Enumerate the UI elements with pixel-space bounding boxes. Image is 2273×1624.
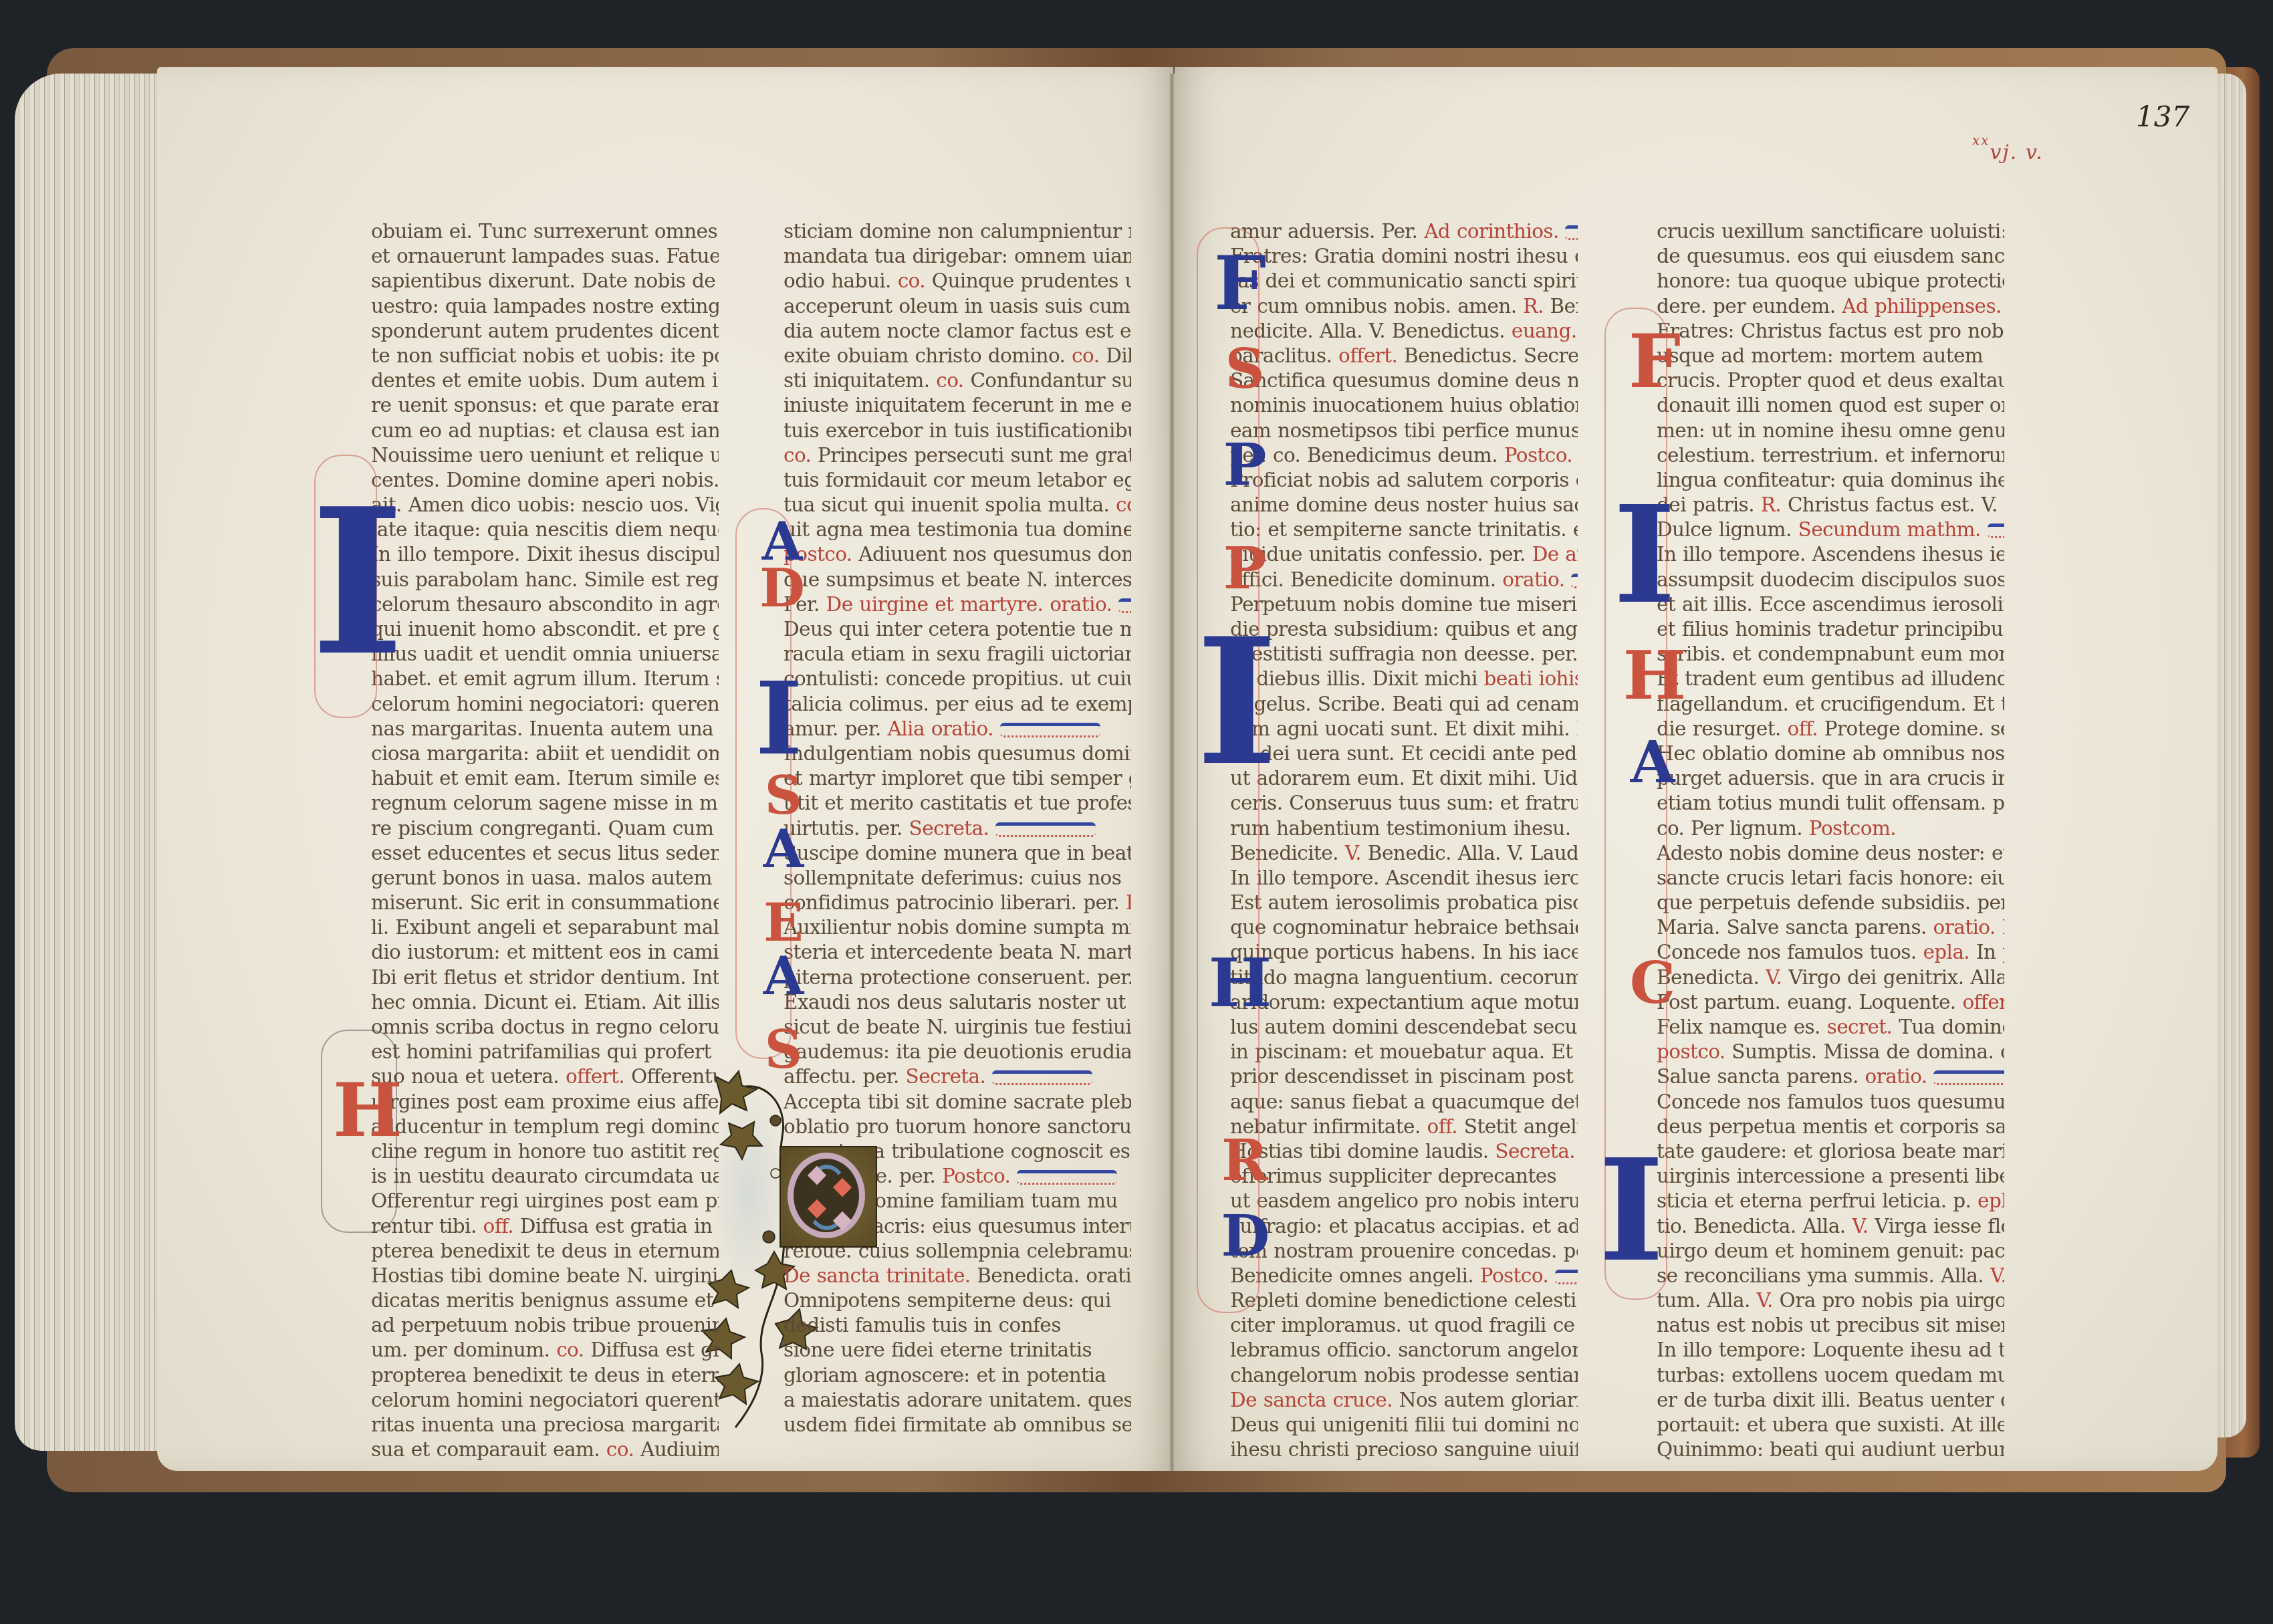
text-line: regnum celorum sagene misse in mare. et … <box>371 791 719 816</box>
text-line: Indulgentiam nobis quesumus domine beata… <box>784 741 1131 766</box>
text-line: dere. per eundem. Ad philippenses. <box>1657 294 2004 319</box>
text-line: suffragio: et placatus accipias. et ad s… <box>1230 1214 1578 1239</box>
text-line: tuis formidauit cor meum letabor ego sup… <box>784 468 1131 493</box>
text-line: pterea benedixit te deus in eternum et i… <box>371 1239 719 1264</box>
text-line: gloriam agnoscere: et in potentia <box>784 1363 1131 1388</box>
text-line: sponderunt autem prudentes dicentes. Ne … <box>371 319 719 344</box>
text-line: men: ut in nomine ihesu omne genu flecta… <box>1657 419 2004 443</box>
text-line: Omnipotens sempiterne deus: qui <box>784 1288 1131 1313</box>
text-line: purget aduersis. que in ara crucis imola… <box>1657 766 2004 791</box>
text-line: Fratres: Gratia domini nostri ihesu chri… <box>1230 244 1578 269</box>
initial-P-col3: P <box>1223 435 1266 495</box>
running-head: xxvj. v. <box>1972 139 2044 164</box>
text-line: die presta subsidium: quibus et angelica <box>1230 617 1578 642</box>
line-filler <box>1118 598 1131 613</box>
text-line: anime domine deus noster huius sacrament… <box>1230 493 1578 517</box>
text-line: rentur tibi. off. Diffusa est gratia in … <box>371 1214 719 1239</box>
text-line: Ibi erit fletus et stridor dentium. Inte… <box>371 965 719 990</box>
text-line: Deus qui unigeniti filii tui domini nost… <box>1230 1413 1578 1437</box>
text-line: eam nosmetipsos tibi perfice munus etern… <box>1230 419 1578 443</box>
text-line: In illo tempore. Ascendit ihesus ierosol… <box>1230 866 1578 891</box>
text-line: per. co. Benedicimus deum. Postco. <box>1230 443 1578 468</box>
text-line: Hec oblatio domine ab omnibus nos <box>1657 741 2004 766</box>
text-line: ut adorarem eum. Et dixit mihi. Uide ne … <box>1230 766 1578 791</box>
text-line: Felix namque es. secret. Tua domine prop… <box>1657 1015 2004 1040</box>
text-line: illius uadit et uendit omnia uniuersa qu… <box>371 642 719 667</box>
text-line: dedisti famulis tuis in confes <box>784 1313 1131 1338</box>
initial-P-col3b: P <box>1223 538 1266 598</box>
text-line: ceris. Conseruus tuus sum: et fratrum tu… <box>1230 791 1578 816</box>
text-line: Maria. Salve sancta parens. oratio. De b… <box>1657 915 2004 940</box>
text-line: tum. Alla. V. Ora pro nobis pia uirgo ma… <box>1657 1288 2004 1313</box>
initial-D-col3: D <box>1222 1209 1269 1262</box>
text-line: Perpetuum nobis domine tue misericor <box>1230 592 1578 617</box>
text-line: sticiam domine non calumpnientur me supe… <box>784 219 1131 244</box>
text-line: Quinimmo: beati qui audiunt uerbum dei. … <box>1657 1437 2004 1462</box>
text-line: adducentur in templum regi domino. off. <box>371 1115 719 1139</box>
line-filler <box>992 1070 1092 1085</box>
text-line: de quesumus. eos qui eiusdem sancte cruc… <box>1657 244 2004 269</box>
text-line: postco. Sumptis. Missa de domina. ofm. <box>1657 1040 2004 1064</box>
text-line: Hostias tibi domine beate N. uirginis tu… <box>371 1264 719 1288</box>
text-line: Post partum. euang. Loquente. offert. <box>1657 990 2004 1015</box>
text-line: confidimus patrocinio liberari. per. Pos… <box>784 891 1131 915</box>
text-line: amur. per. Alia oratio. <box>784 717 1131 741</box>
text-line: Offerentur regi uirgines post eam proxim… <box>371 1189 719 1213</box>
text-line: dia autem nocte clamor factus est ecce s… <box>784 319 1131 344</box>
text-line: Dulce lignum. Secundum mathm. <box>1657 517 2004 542</box>
initial-S-col2: S <box>762 769 805 822</box>
text-line: centes. Domine domine aperi nobis. At il… <box>371 468 719 493</box>
text-line: affectu. per. Secreta. <box>784 1064 1131 1089</box>
text-line: Et tradent eum gentibus ad illudendum et <box>1657 667 2004 691</box>
text-line: omnis scriba doctus in regno celorum: si… <box>371 1015 719 1040</box>
text-line: cline regum in honore tuo astitit regina… <box>371 1139 719 1164</box>
text-line: Proficiat nobis ad salutem corporis et <box>1230 468 1578 493</box>
text-line: ut easdem angelico pro nobis interuenien… <box>1230 1189 1578 1213</box>
text-line: lebramus officio. sanctorum angelorum at… <box>1230 1338 1578 1363</box>
text-line: et ait illis. Ecce ascendimus ierosolima… <box>1657 592 2004 617</box>
text-line: suis parabolam hanc. Simile est regnum <box>371 568 719 592</box>
text-line: que sumpsimus et beate N. intercessio ue… <box>784 568 1131 592</box>
text-line: ciosa margarita: abiit et uendidit omnia… <box>371 741 719 766</box>
text-line: changelorum nobis prodesse sentiamus aux… <box>1230 1363 1578 1388</box>
line-filler <box>1555 1270 1578 1284</box>
initial-I-col4b: I <box>1618 1137 1645 1284</box>
initial-I-col2: I <box>762 669 796 769</box>
text-line: titit et merito castitatis et tue profes… <box>784 791 1131 816</box>
text-line: Exaudi nos deus salutaris noster ut <box>784 990 1131 1015</box>
text-line: dio iustorum: et mittent eos in caminum … <box>371 940 719 965</box>
left-text-block-edge <box>15 74 168 1451</box>
text-line: Deus qui inter cetera potentie tue mi <box>784 617 1131 642</box>
text-line: Sanctifica quesumus domine deus noster p… <box>1230 368 1578 393</box>
text-line: tio. Benedicta. Alla. V. Virga iesse flo… <box>1657 1214 2004 1239</box>
text-line: Suscipe domine munera que in beate N. ui… <box>784 841 1131 866</box>
text-line: que perpetuis defende subsidiis. per. Mi… <box>1657 891 2004 915</box>
text-line: acceperunt oleum in uasis suis cum lampa… <box>784 294 1131 319</box>
text-line: prestitisti suffragia non deesse. per. l… <box>1230 642 1578 667</box>
initial-I-col3: I <box>1223 602 1250 802</box>
text-line: celorum homini negociatori: querenti bo <box>371 692 719 717</box>
initial-S-col3: S <box>1223 342 1266 396</box>
text-line: rum agni uocati sunt. Et dixit mihi. Hec… <box>1230 717 1578 741</box>
text-line: sticia et eterna perfrui leticia. p. epl… <box>1657 1189 2004 1213</box>
running-head-text: vj. v. <box>1990 141 2044 164</box>
initial-S-col2b: S <box>762 1023 805 1076</box>
text-line: suo noua et uetera. offert. Offerentur r… <box>371 1064 719 1089</box>
line-filler <box>995 822 1096 837</box>
text-line: Benedicite. V. Benedic. Alla. V. Laudate… <box>1230 841 1578 866</box>
text-line: crucis. Propter quod et deus exaltauit i… <box>1657 368 2004 393</box>
text-line: Concede nos famulos tuos. epla. In princ… <box>1657 940 2004 965</box>
text-line: racula etiam in sexu fragili uictoriam m… <box>784 642 1131 667</box>
initial-F-col3: F <box>1217 246 1264 320</box>
initial-R-col3: R <box>1223 1130 1266 1190</box>
text-line: deus perpetua mentis et corporis sani <box>1657 1115 2004 1139</box>
text-line: contulisti: concede propitius. ut cuius … <box>784 667 1131 691</box>
text-line: tua sicut qui inuenit spolia multa. co. … <box>784 493 1131 517</box>
text-line: re uenit sponsus: et que parate erant in… <box>371 393 719 418</box>
text-line: Salue sancta parens. oratio. <box>1657 1064 2004 1089</box>
text-line: Accepta tibi sit domine sacrate plebis <box>784 1090 1131 1115</box>
text-line: usque ad mortem: mortem autem <box>1657 344 2004 368</box>
text-line: oblatio pro tuorum honore sanctorum quor… <box>784 1115 1131 1139</box>
text-line: quinque porticus habens. In his iacebat … <box>1230 940 1578 965</box>
column-1-text: obuiam ei. Tunc surrexerunt omnes uirgin… <box>371 219 719 1462</box>
text-line: uestro: quia lampades nostre extinguntur… <box>371 294 719 319</box>
text-line: In illo tempore. Ascendens ihesus ieroso… <box>1657 542 2004 567</box>
text-line: in piscinam: et mouebatur aqua. Et qui <box>1230 1040 1578 1064</box>
text-line: diuidue unitatis confessio. per. De ange… <box>1230 542 1578 567</box>
text-line: mandata tua dirigebar: omnem uiam iniqui… <box>784 244 1131 269</box>
text-line: portauit: et ubera que suxisti. At ille … <box>1657 1413 2004 1437</box>
text-line: angelus. Scribe. Beati qui ad cenam nupt… <box>1230 692 1578 717</box>
text-line: is in uestitu deaurato circumdata uariet… <box>371 1164 719 1189</box>
text-line: rum habentium testimonium ihesu. Deum ad… <box>1230 816 1578 841</box>
text-line: est homini patrifamilias qui profert de … <box>371 1040 719 1064</box>
initial-A-col4: A <box>1631 732 1674 792</box>
text-line: Per. De uirgine et martyre. oratio. <box>784 592 1131 617</box>
text-line: co. Per lignum. Postcom. <box>1657 816 2004 841</box>
text-line: natus est nobis ut precibus sit misertus… <box>1657 1313 2004 1338</box>
gutter <box>1169 74 1175 1471</box>
text-line: De sancta cruce. Nos autem gloriari. ora… <box>1230 1388 1578 1413</box>
text-line: obuiam ei. Tunc surrexerunt omnes uirgin… <box>371 219 719 244</box>
text-line: die resurget. off. Protege domine. sec. <box>1657 717 2004 741</box>
text-line: gerunt bonos in uasa. malos autem foras <box>371 866 719 891</box>
text-line: crucis uexillum sanctificare uoluisti: c… <box>1657 219 2004 244</box>
text-line: nas margaritas. Inuenta autem una pre <box>371 717 719 741</box>
initial-H-col1: H <box>338 1070 398 1150</box>
text-line: et martyr imploret que tibi semper grata… <box>784 766 1131 791</box>
line-filler <box>1000 723 1100 737</box>
text-line: Repleti domine benedictione celesti supp… <box>1230 1288 1578 1313</box>
text-line: turbas: extollens uocem quedam mulie <box>1657 1363 2004 1388</box>
column-3-text: amur aduersis. Per. Ad corinthios. Fratr… <box>1230 219 1578 1462</box>
text-line: ait. Amen dico uobis: nescio uos. Vigi <box>371 493 719 517</box>
line-filler <box>1017 1170 1117 1185</box>
text-line: celorum thesauro abscondito in agro: que… <box>371 592 719 617</box>
initial-E-col2: E <box>762 896 805 949</box>
text-line: co. Principes persecuti sunt me gratis e… <box>784 443 1131 468</box>
line-filler <box>1571 574 1578 588</box>
text-line: offici. Benedicite dominum. oratio. <box>1230 568 1578 592</box>
text-line: sapientibus dixerunt. Date nobis de oleo <box>371 269 719 294</box>
initial-A-col2c: A <box>762 949 805 1003</box>
text-line: tate gaudere: et gloriosa beate marie se… <box>1657 1139 2004 1164</box>
text-line: postco. Adiuuent nos quesumus domine hec… <box>784 542 1131 567</box>
text-line: Concede nos famulos tuos quesumus domine <box>1657 1090 2004 1115</box>
text-line: sollempnitate deferimus: cuius nos <box>784 866 1131 891</box>
line-filler <box>1565 225 1578 240</box>
text-line: li. Exibunt angeli et separabunt malos d… <box>371 915 719 940</box>
text-line: celorum homini negociatori querenti bona… <box>371 1388 719 1413</box>
text-line: uirgo deum et hominem genuit: pacem deus… <box>1657 1239 2004 1264</box>
text-line: usdem fidei firmitate ab omnibus semper … <box>784 1413 1131 1437</box>
text-line: sancte crucis letari facis honore: eius … <box>1657 866 2004 891</box>
text-line: piterna protectione conseruent. per. Ali… <box>784 965 1131 990</box>
text-line: a maiestatis adorare unitatem. quesumus.… <box>784 1388 1131 1413</box>
line-filler <box>1933 1070 2004 1085</box>
text-line: citer imploramus. ut quod fragili ce <box>1230 1313 1578 1338</box>
text-line: lingua confiteatur: quia dominus ihesus … <box>1657 468 2004 493</box>
text-line: Benedicta. V. Virgo dei genitrix. Alla. … <box>1657 965 2004 990</box>
text-line: uirginis intercessione a presenti libera… <box>1657 1164 2004 1189</box>
text-line: iniuste iniquitatem fecerunt in me ego a… <box>784 393 1131 418</box>
text-line: Est autem ierosolimis probatica piscina <box>1230 891 1578 915</box>
text-line: offerimus suppliciter deprecantes <box>1230 1164 1578 1189</box>
text-line: te non sufficiat nobis et uobis: ite pot… <box>371 344 719 368</box>
text-line: exite obuiam christo domino. co. Dilexis… <box>784 344 1131 368</box>
text-line: nominis inuocationem huius oblationis ho… <box>1230 393 1578 418</box>
text-line: dentes et emite uobis. Dum autem irent e… <box>371 368 719 393</box>
text-line: sicut de beate N. uirginis tue festiuita… <box>784 1015 1131 1040</box>
folio-number: 137 <box>2136 100 2189 133</box>
text-line: tuis exercebor in tuis iustificationibus… <box>784 419 1131 443</box>
text-line: In illo tempore: Loquente ihesu ad turba… <box>1657 1338 2004 1363</box>
text-line: paraclitus. offert. Benedictus. Secret. <box>1230 344 1578 368</box>
text-line: aque: sanus fiebat a quacumque deti <box>1230 1090 1578 1115</box>
text-line: dicatas meritis benignus assume et <box>371 1288 719 1313</box>
historiated-initial-O <box>780 1146 877 1248</box>
text-line: tem nostram prouenire concedas. per. com… <box>1230 1239 1578 1264</box>
initial-I-col1: I <box>344 468 371 695</box>
initial-H-col3: H <box>1217 946 1264 1020</box>
initial-F-col4: F <box>1631 321 1678 401</box>
text-line: er cum omnibus nobis. amen. R. Benedictu… <box>1230 294 1578 319</box>
text-line: hec omnia. Dicunt ei. Etiam. Ait illis. … <box>371 990 719 1015</box>
column-2-text: sticiam domine non calumpnientur me supe… <box>784 219 1131 1437</box>
text-line: habet. et emit agrum illum. Iterum simil… <box>371 667 719 691</box>
text-line: um. per dominum. co. Diffusa est gratia … <box>371 1338 719 1363</box>
text-line: tas dei et communicatio sancti spiritus:… <box>1230 269 1578 294</box>
text-line: amur aduersis. Per. Ad corinthios. <box>1230 219 1578 244</box>
text-line: habuit et emit eam. Iterum simile est <box>371 766 719 791</box>
text-line: gaudemus: ita pie deuotionis erudiamur <box>784 1040 1131 1064</box>
initial-D-col2: D <box>759 562 806 615</box>
text-line: titudo magna languentium. cecorum. claud… <box>1230 965 1578 990</box>
text-line: Hostias tibi domine laudis. Secreta. <box>1230 1139 1578 1164</box>
text-line: ritas inuenta una preciosa margarita ded… <box>371 1413 719 1437</box>
text-line: se reconcilians yma summis. Alla. V. Pos… <box>1657 1264 2004 1288</box>
text-line: dei patris. R. Christus factus est. V. P… <box>1657 493 2004 517</box>
text-line: scribis. et condempnabunt eum morte. <box>1657 642 2004 667</box>
text-line: propterea benedixit te deus in eternum. … <box>371 1363 719 1388</box>
initial-I-col4: I <box>1631 485 1658 625</box>
text-line: ihesu christi precioso sanguine uiuifica… <box>1230 1437 1578 1462</box>
text-line: cum eo ad nuptias: et clausa est ianua. <box>371 419 719 443</box>
text-line: sua et comparauit eam. co. Audiuimus et <box>371 1437 719 1462</box>
text-line: etiam totius mundi tulit offensam. p. <box>1657 791 2004 816</box>
text-line: sti iniquitatem. co. Confundantur superb… <box>784 368 1131 393</box>
text-line: donauit illi nomen quod est super omne n… <box>1657 393 2004 418</box>
initial-H-col4: H <box>1631 639 1678 712</box>
text-line: et filius hominis tradetur principibus s… <box>1657 617 2004 642</box>
text-line: qui inuenit homo abscondit. et pre gaudi… <box>371 617 719 642</box>
text-line: aridorum: expectantium aque motum. Ange <box>1230 990 1578 1015</box>
text-line: miserunt. Sic erit in consummatione secu <box>371 891 719 915</box>
line-filler <box>1988 524 2005 538</box>
text-line: late itaque: quia nescitis diem neque ho… <box>371 517 719 542</box>
text-line: In illo tempore. Dixit ihesus discipulis… <box>371 542 719 567</box>
text-line: Nouissime uero ueniunt et relique uirgin… <box>371 443 719 468</box>
text-line: talicia colimus. per eius ad te exempla … <box>784 692 1131 717</box>
text-line: ba dei uera sunt. Et cecidi ante pedes e… <box>1230 741 1578 766</box>
text-line: nedicite. Alla. V. Benedictus. euang. Cu… <box>1230 319 1578 344</box>
text-line: assumpsit duodecim discipulos suos secre… <box>1657 568 2004 592</box>
text-line: Adesto nobis domine deus noster: et quos <box>1657 841 2004 866</box>
text-line: De sancta trinitate. Benedicta. oratio. <box>784 1264 1131 1288</box>
text-line: uirgines post eam proxime eius afferentu… <box>371 1090 719 1115</box>
column-4-text: crucis uexillum sanctificare uoluisti: c… <box>1657 219 2004 1462</box>
text-line: ad perpetuum nobis tribue prouenire subs… <box>371 1313 719 1338</box>
text-line: flagellandum. et crucifigendum. Et terci… <box>1657 692 2004 717</box>
text-line: celestium. terrestrium. et infernorum. E… <box>1657 443 2004 468</box>
text-line: odio habui. co. Quinque prudentes uirgin… <box>784 269 1131 294</box>
text-line: honore: tua quoque ubique protectione ga… <box>1657 269 2004 294</box>
text-line: lus autem domini descendebat secundum te… <box>1230 1015 1578 1040</box>
text-line: uit agna mea testimonia tua domine et di… <box>784 517 1131 542</box>
text-line: prior descendisset in piscinam post moti… <box>1230 1064 1578 1089</box>
text-line: tio: et sempiterne sancte trinitatis. ei… <box>1230 517 1578 542</box>
text-line: er de turba dixit illi. Beatus uenter qu… <box>1657 1388 2004 1413</box>
initial-A-col2b: A <box>762 822 805 876</box>
initial-C-col4: C <box>1631 953 1674 1013</box>
text-line: uirtutis. per. Secreta. <box>784 816 1131 841</box>
text-line: que cognominatur hebraice bethsaida <box>1230 915 1578 940</box>
text-line: sione uere fidei eterne trinitatis <box>784 1338 1131 1363</box>
text-line: Fratres: Christus factus est pro nobis o… <box>1657 319 2004 344</box>
running-head-superscript: xx <box>1972 132 1990 148</box>
text-line: et ornauerunt lampades suas. Fatue autem <box>371 244 719 269</box>
text-line: steria et intercedente beata N. martyre … <box>784 940 1131 965</box>
text-line: nebatur infirmitate. off. Stetit angelus <box>1230 1115 1578 1139</box>
text-line: re piscium congreganti. Quam cum impleta <box>371 816 719 841</box>
text-line: Benedicite omnes angeli. Postco. <box>1230 1264 1578 1288</box>
text-line: In diebus illis. Dixit michi beati iohis… <box>1230 667 1578 691</box>
text-line: Auxilientur nobis domine sumpta mi <box>784 915 1131 940</box>
text-line: esset educentes et secus litus sedentes:… <box>371 841 719 866</box>
